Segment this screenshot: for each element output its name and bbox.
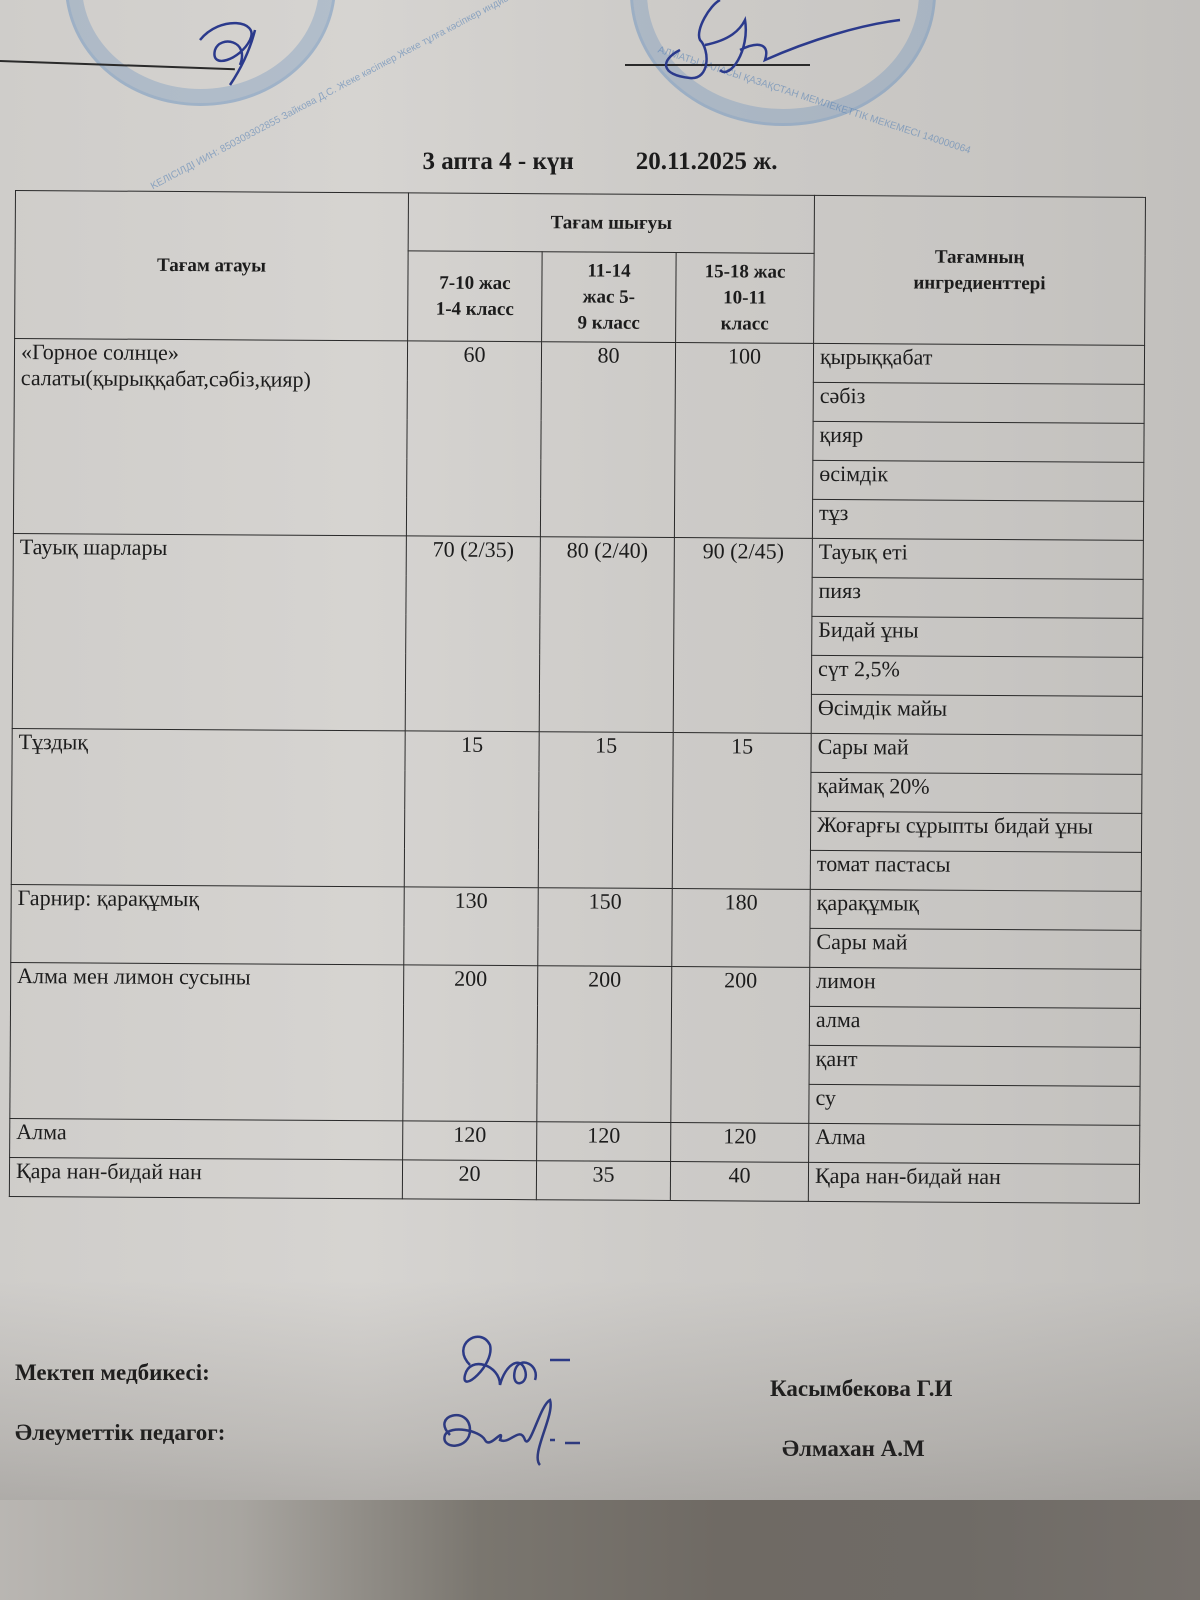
table-row: Алма120120120Алма [10,1118,1140,1164]
nurse-signature-icon [440,1325,590,1405]
nurse-name: Касымбекова Г.И [770,1376,952,1402]
ingredient: Бидай ұны [812,616,1143,657]
document-date: 20.11.2025 ж. [636,148,778,176]
ingredient: қант [809,1045,1140,1086]
ingredient: Сары май [811,733,1142,774]
document-title: 3 апта 4 - күн20.11.2025 ж. [0,148,1200,176]
header-ingredients: Тағамның ингредиенттері [814,195,1146,345]
header-age-group: 11-14жас 5-9 класс [542,252,677,343]
portion-grams: 200 [537,966,672,1123]
portion-grams: 40 [670,1162,808,1202]
signature-left-icon [180,10,300,90]
dish-name: Тұздық [11,728,405,886]
portion-grams: 120 [403,1121,537,1161]
portion-grams: 90 (2/45) [673,538,812,734]
ingredient: қырыққабат [813,343,1144,384]
ingredient: Жоғарғы сұрыпты бидай ұны [810,811,1141,852]
header-output-group: Тағам шығуы [408,193,814,253]
ingredient: Сары май [810,928,1141,969]
ingredient: өсімдік [813,460,1144,501]
table-row: Қара нан-бидай нан203540Қара нан-бидай н… [9,1157,1139,1203]
age-group-line: класс [682,311,807,338]
ingredient: алма [809,1006,1140,1047]
portion-grams: 35 [536,1161,670,1201]
age-group-line: 7-10 жас [414,270,535,297]
dish-name: Алма мен лимон сусыны [10,962,404,1120]
dish-name: Гарнир: қарақұмық [11,884,404,964]
week-day: 3 апта 4 - күн [422,148,573,176]
table-row: Тауық шарлары70 (2/35)80 (2/40)90 (2/45)… [13,533,1143,579]
dish-name: Тауық шарлары [12,533,406,730]
age-group-line: 10-11 [682,285,807,312]
age-group-line: жас 5- [548,284,669,311]
ingredient: пияз [812,577,1143,618]
header-age-group: 7-10 жас1-4 класс [408,251,543,342]
header-age-group: 15-18 жас10-11класс [676,253,815,344]
ingredient: томат пастасы [810,850,1141,891]
header-dish-name: Тағам атауы [15,191,409,341]
portion-grams: 80 [540,342,675,538]
table-row: «Горное солнце» салаты(қырыққабат,сәбіз,… [14,339,1144,385]
portion-grams: 15 [672,733,811,890]
dish-name: Алма [10,1118,403,1159]
portion-grams: 70 (2/35) [405,536,540,732]
portion-grams: 180 [672,889,810,968]
portion-grams: 15 [404,731,539,888]
portion-grams: 150 [538,888,672,967]
ingredient: Тауық еті [812,538,1143,579]
portion-grams: 120 [537,1122,671,1162]
ingredient: лимон [810,967,1141,1008]
portion-grams: 200 [671,967,810,1124]
ingredient: сәбіз [813,382,1144,423]
age-group-line: 11-14 [548,258,669,285]
pedagogue-signature-icon [430,1395,590,1470]
portion-grams: 100 [674,343,813,539]
signature-right-icon [650,0,910,90]
portion-grams: 80 (2/40) [539,537,674,733]
pedagogue-name: Әлмахан А.М [782,1436,925,1462]
portion-grams: 15 [538,732,673,889]
portion-grams: 130 [404,887,538,966]
ingredient: қарақұмық [810,889,1141,930]
ingredient: Алма [809,1123,1140,1164]
ingredient: сүт 2,5% [811,655,1142,696]
ingredient: су [809,1084,1140,1125]
table-row: Гарнир: қарақұмық130150180қарақұмық [11,884,1141,930]
ingredient: қияр [813,421,1144,462]
background-surface [0,1500,1200,1600]
ingredient: Өсімдік майы [811,694,1142,735]
age-group-line: 15-18 жас [682,259,807,286]
ingredient: Қара нан-бидай нан [808,1162,1139,1203]
dish-name: «Горное солнце» салаты(қырыққабат,сәбіз,… [13,339,407,536]
age-group-line: 1-4 класс [414,296,535,323]
portion-grams: 60 [406,341,541,537]
age-group-line: 9 класс [548,310,669,337]
portion-grams: 20 [402,1160,536,1200]
pedagogue-label: Әлеуметтік педагог: [15,1420,225,1446]
nurse-label: Мектеп медбикесі: [15,1360,210,1386]
table-row: Алма мен лимон сусыны200200200лимон [11,962,1141,1008]
portion-grams: 200 [403,965,538,1122]
ingredient: қаймақ 20% [811,772,1142,813]
ingredient: тұз [812,499,1143,540]
portion-grams: 120 [671,1123,809,1163]
menu-table: Тағам атауы Тағам шығуы Тағамның ингреди… [9,190,1146,1204]
table-row: Тұздық151515Сары май [12,728,1142,774]
dish-name: Қара нан-бидай нан [9,1157,402,1198]
